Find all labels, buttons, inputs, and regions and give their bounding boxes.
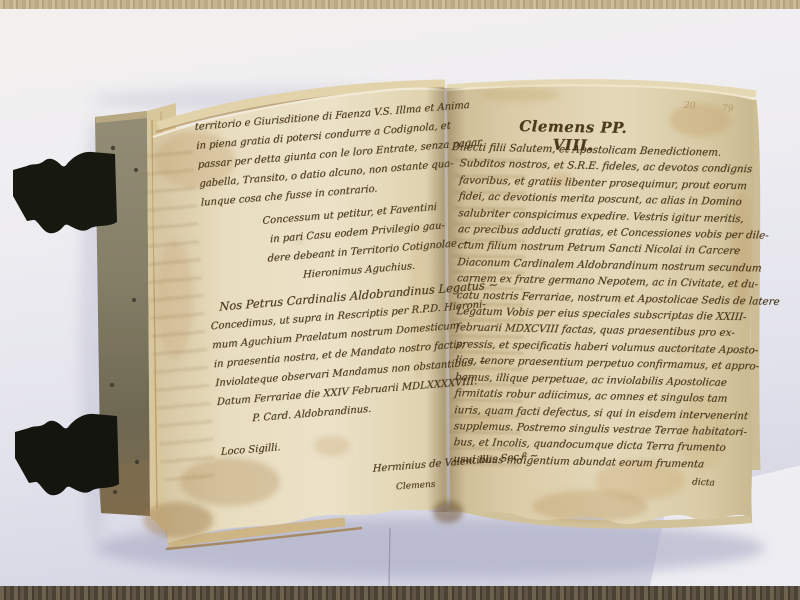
clasp-strap-bottom bbox=[15, 414, 119, 495]
catchword-right-page: dicta bbox=[692, 478, 715, 489]
left-page-text: territorio e Giurisditione di Faenza V.S… bbox=[194, 97, 479, 490]
gutter-bottom-shadow bbox=[433, 501, 463, 523]
folio-number-left: 20 bbox=[684, 101, 696, 112]
clasp-strap-top bbox=[13, 152, 117, 233]
table-surface-bottom bbox=[0, 586, 800, 600]
manuscript-photo: 20 79 territorio e Giurisditione di Faen… bbox=[0, 0, 800, 600]
right-page-text: Dilecti filii Salutem, et Apostolicam Be… bbox=[445, 139, 756, 473]
folio-number-right: 79 bbox=[722, 104, 734, 115]
